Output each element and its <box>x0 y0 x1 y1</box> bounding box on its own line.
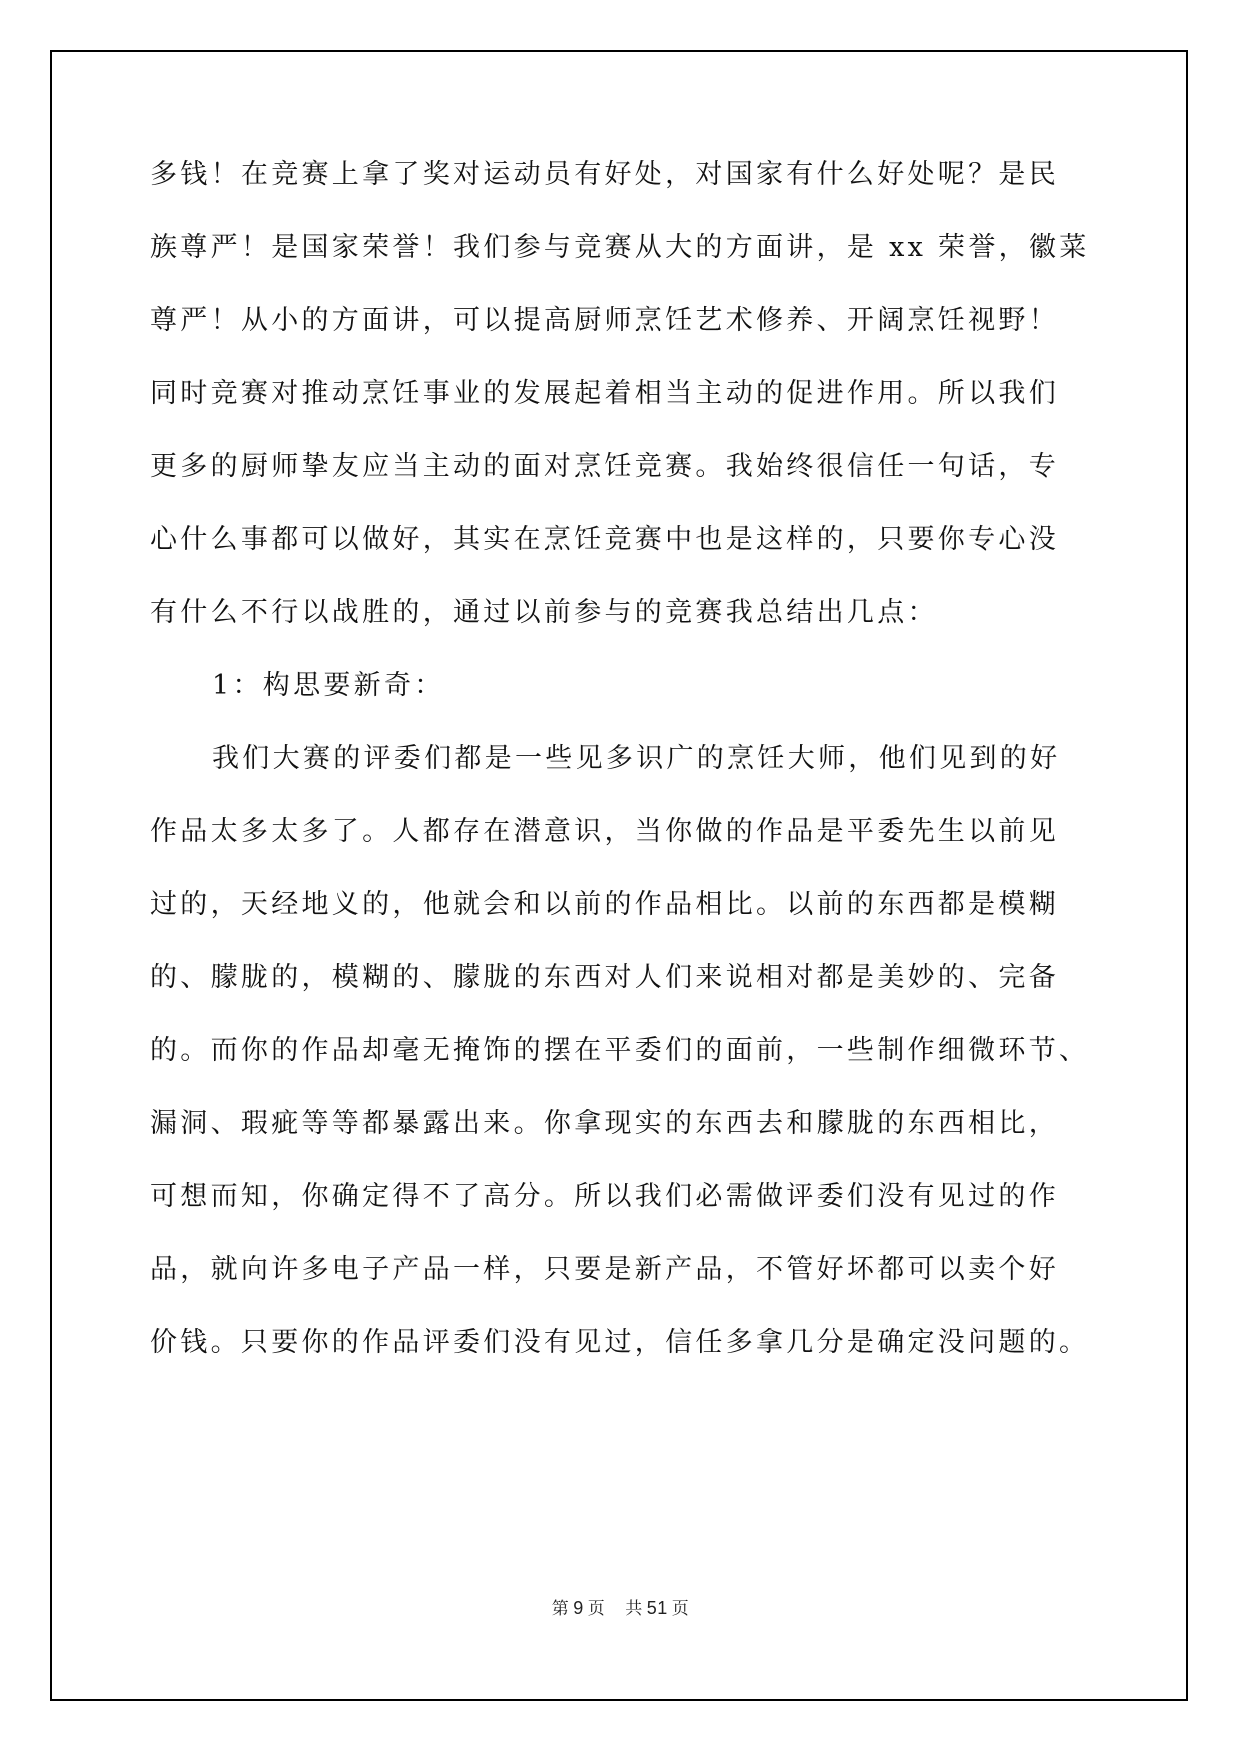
text-line-1: 多钱！在竞赛上拿了奖对运动员有好处，对国家有什么好处呢？是民 <box>150 155 1090 228</box>
total-suffix: 页 <box>672 1599 690 1619</box>
text-line-12: 的、朦胧的，模糊的、朦胧的东西对人们来说相对都是美妙的、完备 <box>150 958 1090 1031</box>
text-line-5: 更多的厨师挚友应当主动的面对烹饪竞赛。我始终很信任一句话，专 <box>150 447 1090 520</box>
text-line-14: 漏洞、瑕疵等等都暴露出来。你拿现实的东西去和朦胧的东西相比， <box>150 1104 1090 1177</box>
page-prefix: 第 <box>552 1599 570 1619</box>
text-line-6: 心什么事都可以做好，其实在烹饪竞赛中也是这样的，只要你专心没 <box>150 520 1090 593</box>
text-line-7: 有什么不行以战胜的，通过以前参与的竞赛我总结出几点： <box>150 593 1090 666</box>
total-prefix: 共 <box>625 1599 643 1619</box>
page-suffix: 页 <box>588 1599 606 1619</box>
text-line-17: 价钱。只要你的作品评委们没有见过，信任多拿几分是确定没问题的。 <box>150 1323 1090 1396</box>
text-line-11: 过的，天经地义的，他就会和以前的作品相比。以前的东西都是模糊 <box>150 885 1090 958</box>
text-line-15: 可想而知，你确定得不了高分。所以我们必需做评委们没有见过的作 <box>150 1177 1090 1250</box>
text-line-9: 我们大赛的评委们都是一些见多识广的烹饪大师，他们见到的好 <box>150 739 1090 812</box>
text-line-16: 品，就向许多电子产品一样，只要是新产品，不管好坏都可以卖个好 <box>150 1250 1090 1323</box>
page-number-footer: 第9页共51页 <box>0 1594 1241 1619</box>
text-line-13: 的。而你的作品却毫无掩饰的摆在平委们的面前，一些制作细微环节、 <box>150 1031 1090 1104</box>
text-line-10: 作品太多太多了。人都存在潜意识，当你做的作品是平委先生以前见 <box>150 812 1090 885</box>
text-line-3: 尊严！从小的方面讲，可以提高厨师烹饪艺术修养、开阔烹饪视野！ <box>150 301 1090 374</box>
body-text: 多钱！在竞赛上拿了奖对运动员有好处，对国家有什么好处呢？是民 族尊严！是国家荣誉… <box>150 155 1090 1396</box>
section-heading: 1：构思要新奇： <box>150 666 1090 739</box>
current-page-number: 9 <box>573 1598 584 1618</box>
text-line-2: 族尊严！是国家荣誉！我们参与竞赛从大的方面讲，是 xx 荣誉，徽菜 <box>150 228 1090 301</box>
text-line-4: 同时竞赛对推动烹饪事业的发展起着相当主动的促进作用。所以我们 <box>150 374 1090 447</box>
total-pages-number: 51 <box>647 1598 668 1618</box>
